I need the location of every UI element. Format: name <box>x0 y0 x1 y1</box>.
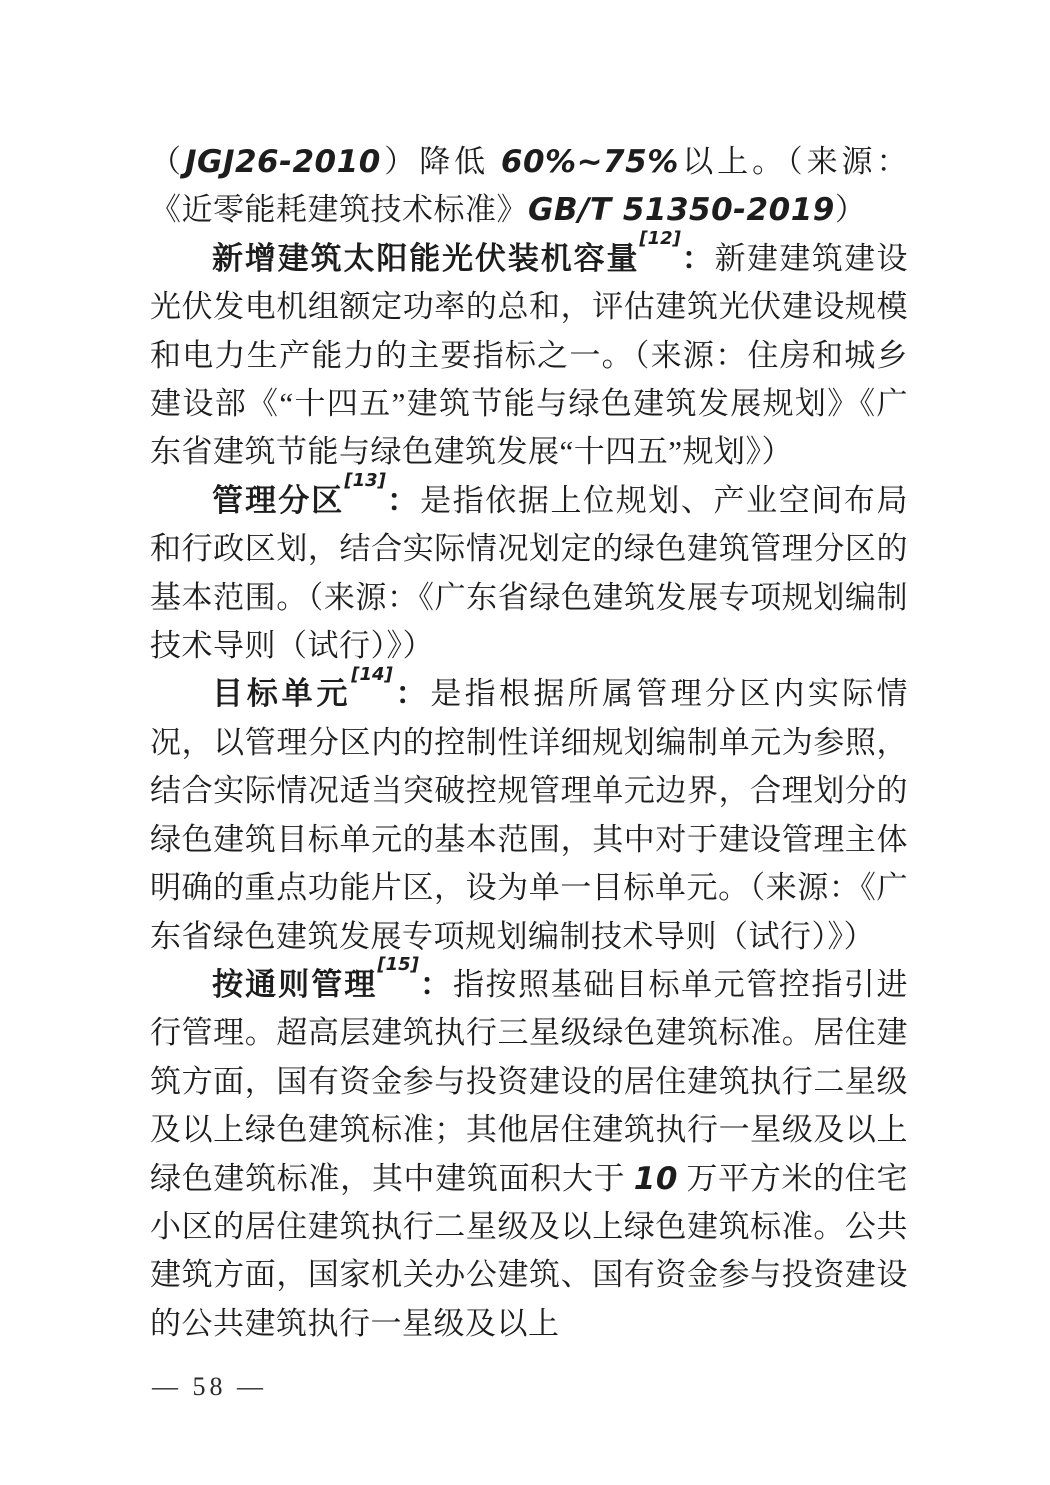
paragraph: （JGJ26-2010）降低 60%~75%以上。（来源：《近零能耗建筑技术标准… <box>150 138 908 235</box>
defined-term: 按通则管理 <box>212 967 377 1002</box>
text-run: 是指根据所属管理分区内实际情况，以管理分区内的控制性详细规划编制单元为参照，结合… <box>150 676 908 953</box>
latin-numeric-run: 10 <box>634 1161 678 1197</box>
latin-numeric-run: JGJ26-2010 <box>185 144 381 180</box>
paragraph: 新增建筑太阳能光伏装机容量[12]：新建建筑建设光伏发电机组额定功率的总和，评估… <box>150 235 908 477</box>
paragraph: 管理分区[13]：是指依据上位规划、产业空间布局和行政区划，结合实际情况划定的绿… <box>150 477 908 671</box>
page-footer: — 58 — <box>152 1372 267 1402</box>
paragraph: 目标单元[14]：是指根据所属管理分区内实际情况，以管理分区内的控制性详细规划编… <box>150 670 908 960</box>
text-run: ）降低 <box>381 144 501 179</box>
footnote-reference: [13] <box>344 470 385 491</box>
footnote-reference: [12] <box>639 228 680 249</box>
document-page: （JGJ26-2010）降低 60%~75%以上。（来源：《近零能耗建筑技术标准… <box>0 0 1050 1485</box>
defined-term: ： <box>681 241 715 276</box>
page-number: — 58 — <box>152 1372 267 1401</box>
defined-term: ： <box>386 483 420 518</box>
footnote-reference: [15] <box>377 954 418 975</box>
text-run: （ <box>150 144 185 179</box>
defined-term: 目标单元 <box>212 676 351 711</box>
footnote-reference: [14] <box>351 664 392 685</box>
text-run: ） <box>835 192 867 227</box>
latin-numeric-run: 60%~75% <box>501 144 679 180</box>
defined-term: ： <box>419 967 453 1002</box>
defined-term: 管理分区 <box>212 483 344 518</box>
defined-term: ： <box>393 676 431 711</box>
text-block: （JGJ26-2010）降低 60%~75%以上。（来源：《近零能耗建筑技术标准… <box>150 138 908 1348</box>
latin-numeric-run: GB/T 51350-2019 <box>528 192 835 228</box>
defined-term: 新增建筑太阳能光伏装机容量 <box>212 241 639 276</box>
paragraph: 按通则管理[15]：指按照基础目标单元管控指引进行管理。超高层建筑执行三星级绿色… <box>150 961 908 1348</box>
